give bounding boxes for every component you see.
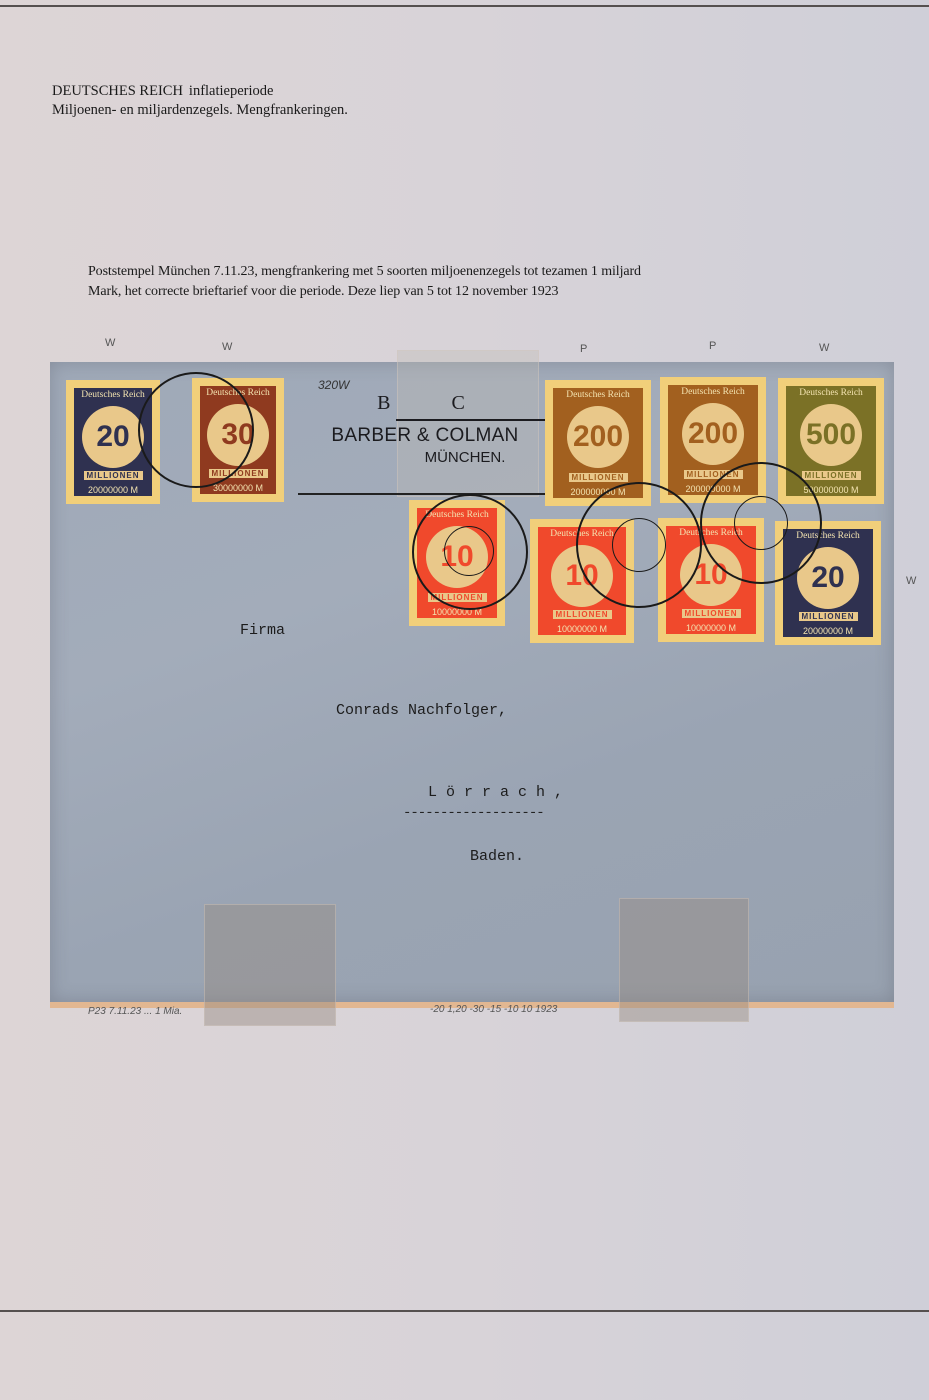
company-logo: B C — [300, 392, 550, 415]
stamp-header: Deutsches Reich — [553, 388, 643, 402]
stamp-value: 20 — [82, 406, 144, 468]
company-name: BARBER & COLMAN — [300, 425, 550, 447]
letterhead-rule — [298, 493, 550, 495]
page-bottom-border — [0, 1310, 929, 1312]
stamp-unit: MILLIONEN — [682, 609, 741, 618]
stamp-unit: MILLIONEN — [802, 471, 861, 480]
watermark-mark: W — [906, 575, 916, 587]
stamp-header: Deutsches Reich — [783, 529, 873, 543]
watermark-mark: W — [105, 337, 115, 349]
stamp-value: 200 — [567, 406, 629, 468]
stamp-header: Deutsches Reich — [200, 386, 276, 400]
mounting-hinge — [619, 898, 749, 1022]
postage-stamp: Deutsches Reich10MILLIONEN10000000 M — [658, 518, 764, 642]
stamp-header: Deutsches Reich — [786, 386, 876, 400]
postage-stamp: Deutsches Reich200MILLIONEN200000000 M — [660, 377, 766, 503]
page-header: DEUTSCHES REICHinflatieperiode Miljoenen… — [52, 82, 348, 120]
stamp-denomination: 20000000 M — [74, 484, 152, 496]
postage-stamp: Deutsches Reich10MILLIONEN10000000 M — [409, 500, 505, 626]
stamp-value: 10 — [551, 545, 613, 607]
stamp-denomination: 500000000 M — [786, 484, 876, 496]
header-period: inflatieperiode — [189, 83, 274, 99]
stamp-value: 20 — [797, 547, 859, 609]
letterhead: B C BARBER & COLMAN MÜNCHEN. — [300, 392, 550, 466]
address-line-firma: Firma — [240, 622, 285, 639]
page-top-border — [0, 5, 929, 7]
stamp-header: Deutsches Reich — [74, 388, 152, 402]
stamp-header: Deutsches Reich — [668, 385, 758, 399]
stamp-denomination: 200000000 M — [668, 483, 758, 495]
postage-stamp: Deutsches Reich20MILLIONEN20000000 M — [66, 380, 160, 504]
stamp-denomination: 10000000 M — [666, 622, 756, 634]
pencil-value-note: -20 1,20 -30 -15 -10 10 1923 — [430, 1004, 557, 1015]
stamp-denomination: 200000000 M — [553, 486, 643, 498]
stamp-value: 500 — [800, 404, 862, 466]
cover-description: Poststempel München 7.11.23, mengfranker… — [88, 262, 641, 302]
stamp-unit: MILLIONEN — [209, 469, 268, 478]
watermark-mark: W — [222, 341, 232, 353]
postage-stamp: Deutsches Reich20MILLIONEN20000000 M — [775, 521, 881, 645]
watermark-mark: P — [709, 340, 716, 352]
header-subtitle: Miljoenen- en miljardenzegels. Mengfrank… — [52, 101, 348, 120]
postage-stamp: Deutsches Reich200MILLIONEN200000000 M — [545, 380, 651, 506]
watermark-mark: W — [819, 342, 829, 354]
stamp-value: 10 — [426, 526, 488, 588]
stamp-unit: MILLIONEN — [799, 612, 858, 621]
stamp-unit: MILLIONEN — [84, 471, 143, 480]
stamp-denomination: 30000000 M — [200, 482, 276, 494]
logo-underline — [396, 419, 546, 421]
postage-stamp: Deutsches Reich30MILLIONEN30000000 M — [192, 378, 284, 502]
postage-stamp: Deutsches Reich10MILLIONEN10000000 M — [530, 519, 634, 643]
header-country: DEUTSCHES REICH — [52, 83, 183, 99]
stamp-header: Deutsches Reich — [538, 527, 626, 541]
stamp-header: Deutsches Reich — [666, 526, 756, 540]
stamp-denomination: 10000000 M — [538, 623, 626, 635]
stamp-denomination: 20000000 M — [783, 625, 873, 637]
company-city: MÜNCHEN. — [380, 449, 550, 466]
watermark-mark: P — [580, 343, 587, 355]
stamp-denomination: 10000000 M — [417, 606, 497, 618]
stamp-value: 10 — [680, 544, 742, 606]
pencil-note: 320W — [318, 378, 349, 392]
stamp-value: 30 — [207, 404, 269, 466]
address-underline: ------------------- — [403, 805, 544, 821]
mounting-hinge — [204, 904, 336, 1026]
stamp-value: 200 — [682, 403, 744, 465]
stamp-header: Deutsches Reich — [417, 508, 497, 522]
stamp-unit: MILLIONEN — [569, 473, 628, 482]
postage-stamp: Deutsches Reich500MILLIONEN500000000 M — [778, 378, 884, 504]
stamp-unit: MILLIONEN — [428, 593, 487, 602]
address-line-name: Conrads Nachfolger, — [336, 702, 507, 719]
address-line-region: Baden. — [470, 848, 524, 865]
caption-line-2: Mark, het correcte brieftarief voor die … — [88, 282, 641, 302]
stamp-unit: MILLIONEN — [553, 610, 612, 619]
pencil-catalog-note: P23 7.11.23 ... 1 Mia. — [88, 1006, 182, 1017]
address-line-city: L ö r r a c h , — [428, 784, 563, 801]
caption-line-1: Poststempel München 7.11.23, mengfranker… — [88, 262, 641, 282]
stamp-unit: MILLIONEN — [684, 470, 743, 479]
